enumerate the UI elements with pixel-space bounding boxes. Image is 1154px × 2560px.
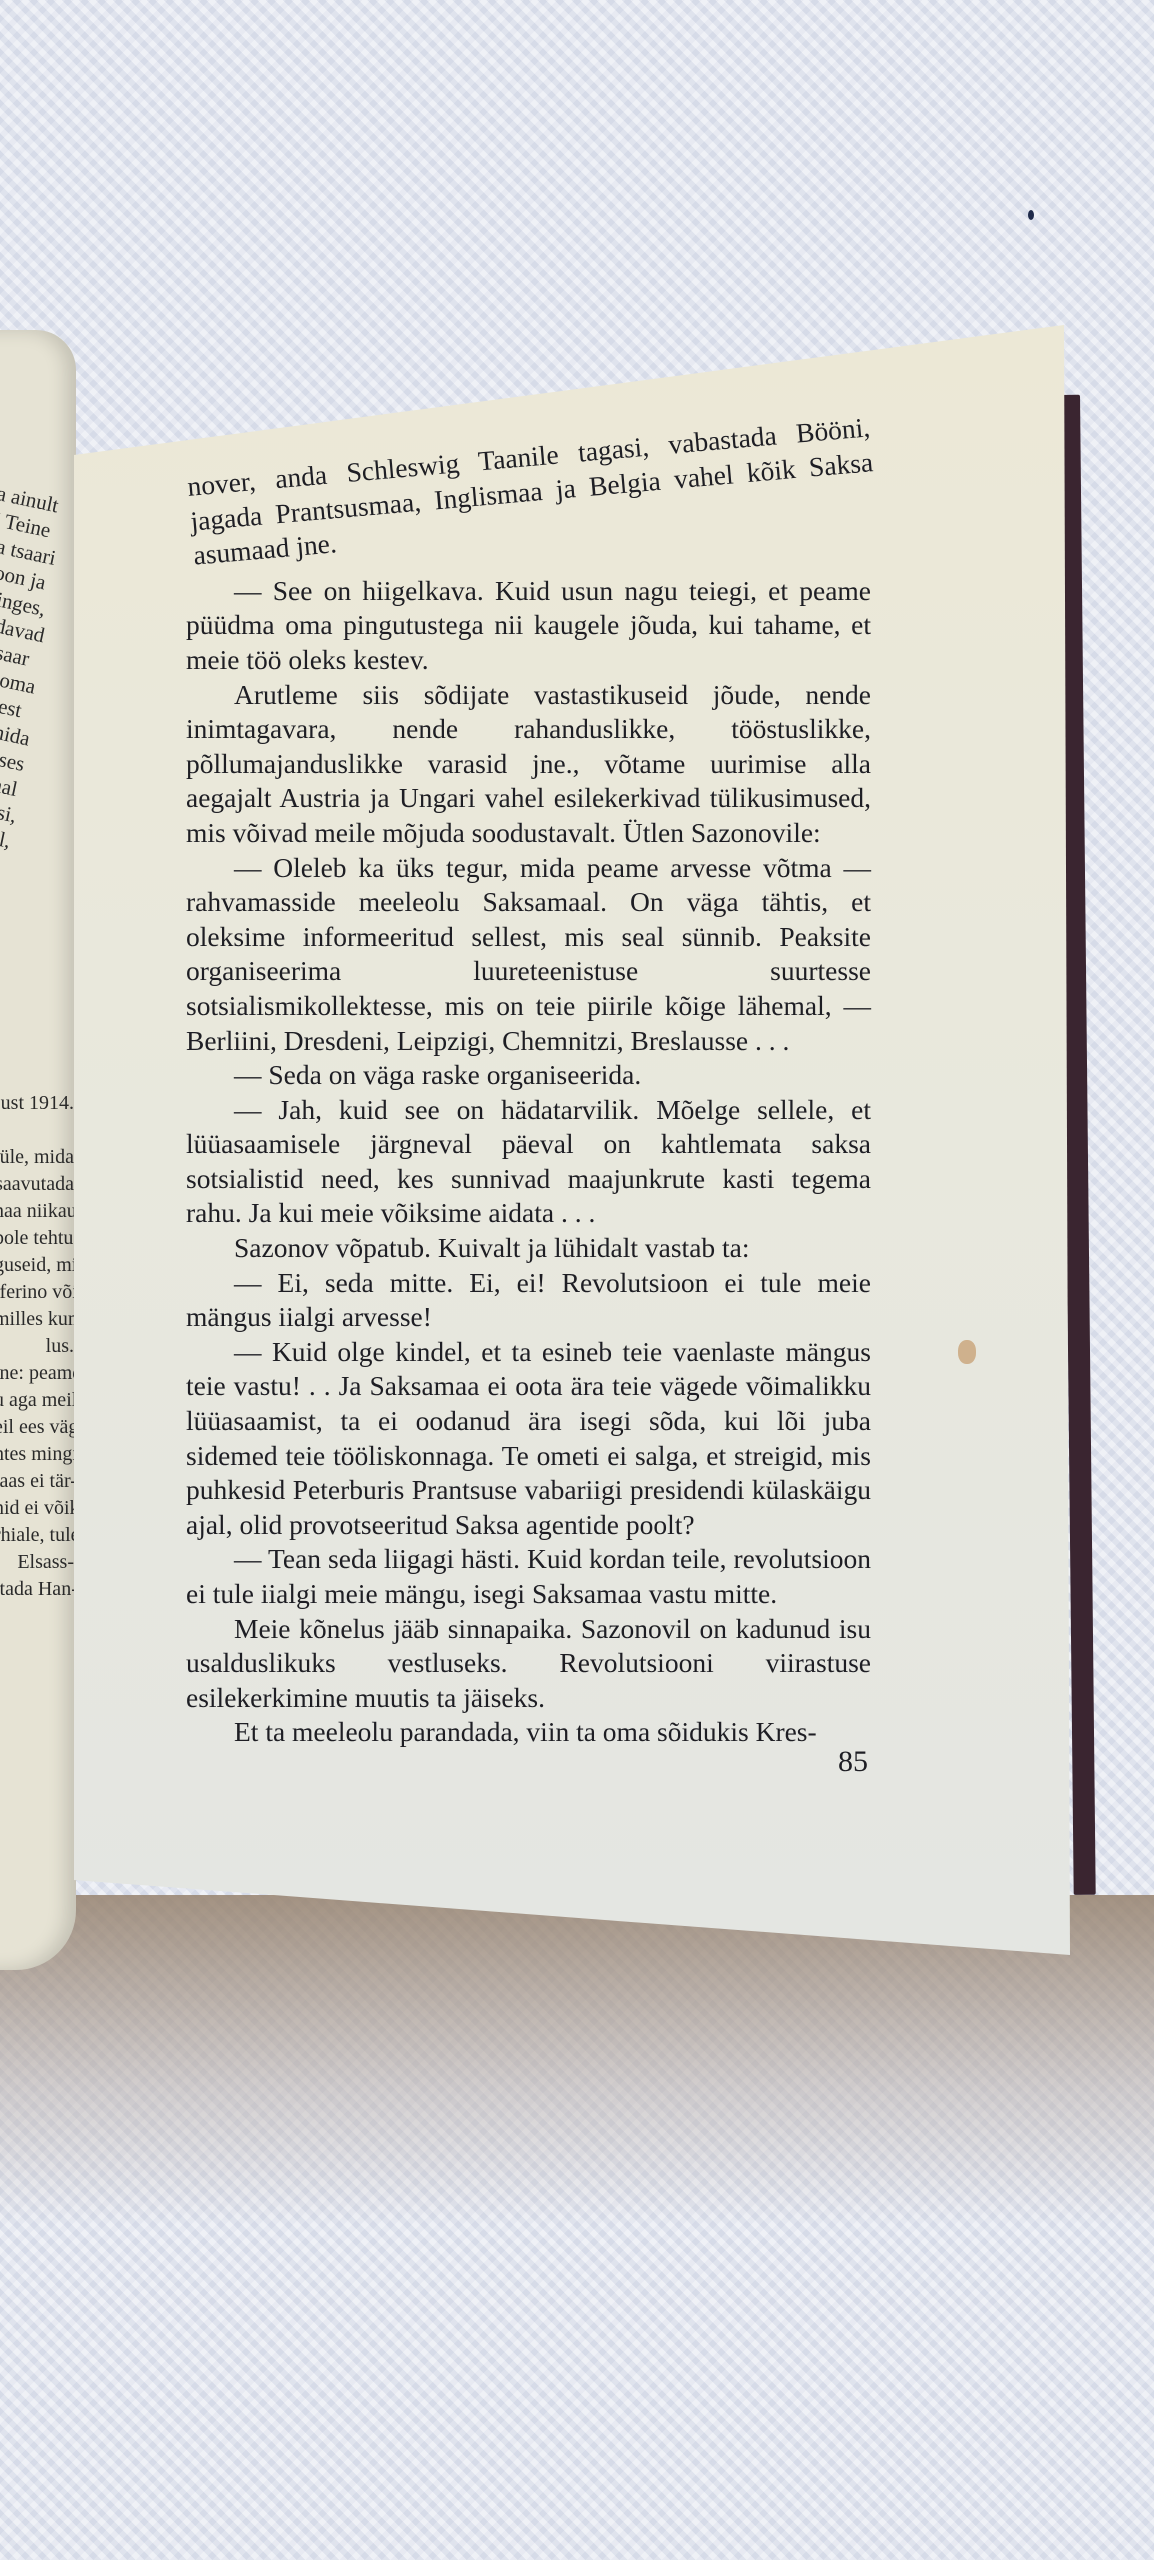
paragraph: Et ta meeleolu parandada, viin ta oma sõ…	[186, 1715, 871, 1750]
paragraph: Sazonov võpatub. Kuivalt ja lühidalt vas…	[186, 1231, 871, 1266]
paragraph: — Seda on väga raske organiseerida.	[186, 1058, 871, 1093]
paragraph: Meie kõnelus jääb sinnapaika. Sazonovil …	[186, 1612, 871, 1716]
page-body-text: nover, anda Schleswig Taanile tagasi, va…	[186, 470, 871, 1750]
paragraph: Arutleme siis sõdijate vastastikuseid jõ…	[186, 678, 871, 851]
left-page: a ainult" Teine na tsaarisioon ja i hing…	[0, 330, 76, 1970]
page-number: 85	[838, 1745, 868, 1779]
paragraph: — Ei, seda mitte. Ei, ei! Revolutsioon e…	[186, 1266, 871, 1335]
ink-speck	[1028, 210, 1034, 220]
paragraph: — Oleleb ka üks tegur, mida peame arvess…	[186, 851, 871, 1059]
paragraph: — See on hiigelkava. Kuid usun nagu teie…	[186, 574, 871, 678]
paragraph: — Tean seda liigagi hästi. Kuid kordan t…	[186, 1542, 871, 1611]
paper-stain	[958, 1340, 976, 1364]
paragraph: — Kuid olge kindel, et ta esineb teie va…	[186, 1335, 871, 1543]
paragraph: — Jah, kuid see on hädatarvilik. Mõelge …	[186, 1093, 871, 1231]
left-page-text-top: a ainult" Teine na tsaarisioon ja i hing…	[0, 480, 76, 904]
left-page-text-bottom: ust 1914. üle, midasaavutada naa niikaua…	[0, 1090, 74, 1603]
